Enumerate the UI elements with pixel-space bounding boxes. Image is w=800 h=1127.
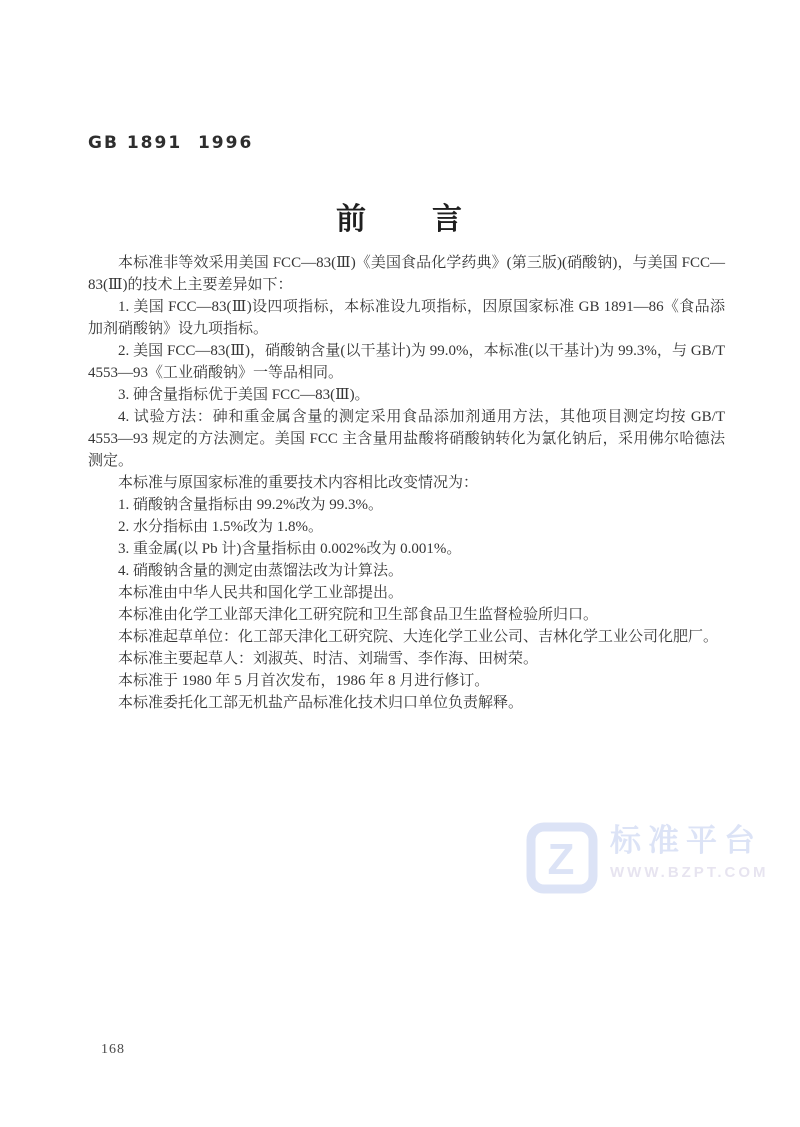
foreword-body: 本标准非等效采用美国 FCC—83(Ⅲ)《美国食品化学药典》(第三版)(硝酸钠)… bbox=[88, 252, 725, 714]
paragraph: 3. 重金属(以 Pb 计)含量指标由 0.002%改为 0.001%。 bbox=[88, 538, 725, 560]
bzpt-logo-icon: Z bbox=[524, 820, 600, 896]
paragraph: 1. 硝酸钠含量指标由 99.2%改为 99.3%。 bbox=[88, 494, 725, 516]
paragraph: 3. 砷含量指标优于美国 FCC—83(Ⅲ)。 bbox=[88, 384, 725, 406]
watermark: Z 标准平台 WWW.BZPT.COM bbox=[524, 820, 768, 896]
paragraph: 本标准委托化工部无机盐产品标准化技术归口单位负责解释。 bbox=[88, 692, 725, 714]
paragraph: 本标准起草单位：化工部天津化工研究院、大连化学工业公司、吉林化学工业公司化肥厂。 bbox=[88, 626, 725, 648]
logo-letter-z: Z bbox=[548, 835, 575, 884]
paragraph: 本标准由中华人民共和国化学工业部提出。 bbox=[88, 582, 725, 604]
page-title: 前 言 bbox=[0, 194, 800, 238]
standard-code: GB 1891 1996 bbox=[88, 133, 253, 153]
page-number: 168 bbox=[101, 1042, 125, 1058]
watermark-url: WWW.BZPT.COM bbox=[610, 864, 768, 881]
paragraph: 本标准非等效采用美国 FCC—83(Ⅲ)《美国食品化学药典》(第三版)(硝酸钠)… bbox=[88, 252, 725, 296]
paragraph: 2. 水分指标由 1.5%改为 1.8%。 bbox=[88, 516, 725, 538]
paragraph: 本标准由化学工业部天津化工研究院和卫生部食品卫生监督检验所归口。 bbox=[88, 604, 725, 626]
paragraph: 2. 美国 FCC—83(Ⅲ)，硝酸钠含量(以干基计)为 99.0%，本标准(以… bbox=[88, 340, 725, 384]
watermark-text: 标准平台 WWW.BZPT.COM bbox=[610, 820, 768, 881]
paragraph: 本标准与原国家标准的重要技术内容相比改变情况为： bbox=[88, 472, 725, 494]
scanned-document-page: GB 1891 1996 前 言 本标准非等效采用美国 FCC—83(Ⅲ)《美国… bbox=[0, 0, 800, 1127]
paragraph: 4. 试验方法：砷和重金属含量的测定采用食品添加剂通用方法，其他项目测定均按 G… bbox=[88, 406, 725, 472]
paragraph: 1. 美国 FCC—83(Ⅲ)设四项指标，本标准设九项指标，因原国家标准 GB … bbox=[88, 296, 725, 340]
paragraph: 本标准于 1980 年 5 月首次发布，1986 年 8 月进行修订。 bbox=[88, 670, 725, 692]
watermark-brand-name: 标准平台 bbox=[610, 824, 768, 858]
paragraph: 本标准主要起草人：刘淑英、时洁、刘瑞雪、李作海、田树荣。 bbox=[88, 648, 725, 670]
paragraph: 4. 硝酸钠含量的测定由蒸馏法改为计算法。 bbox=[88, 560, 725, 582]
